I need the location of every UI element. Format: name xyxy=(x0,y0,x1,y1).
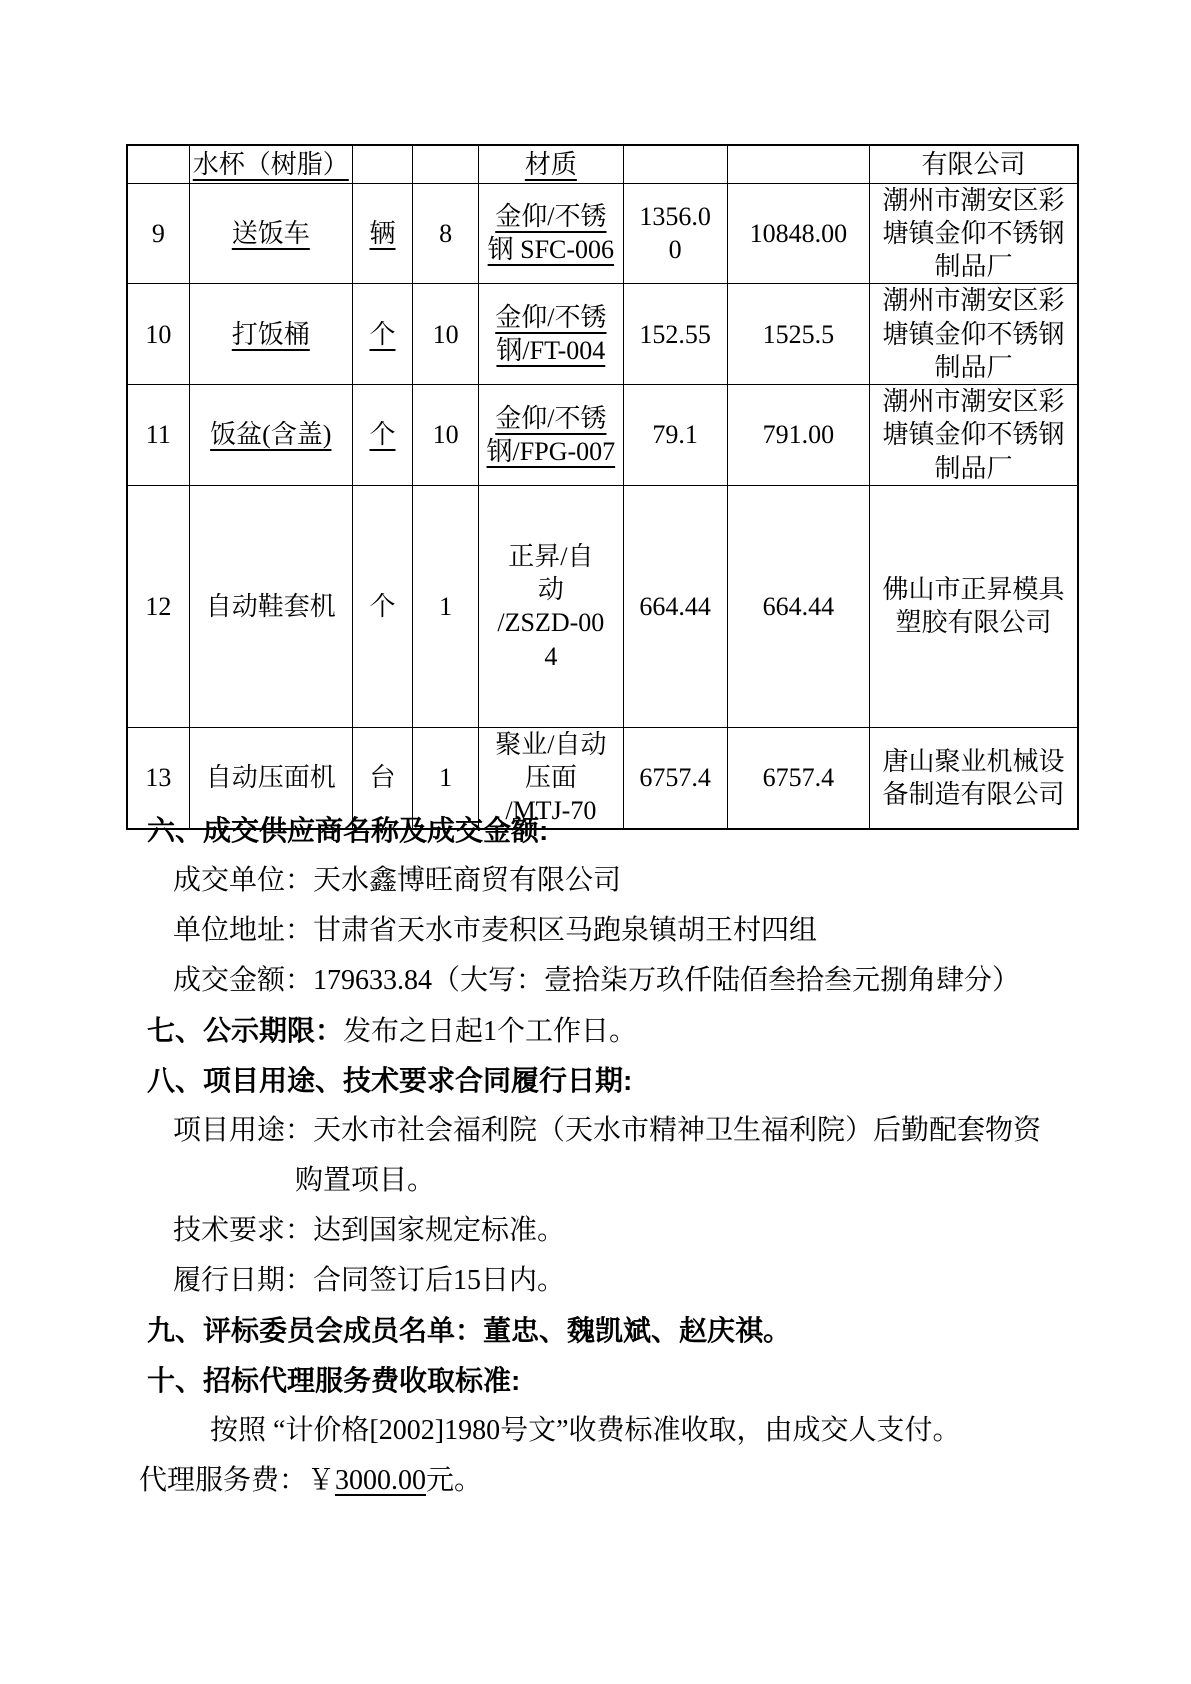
cell-unit: 辆 xyxy=(352,183,412,284)
cell-unit-price: 664.44 xyxy=(623,485,727,727)
cell-item-name: 送饭车 xyxy=(189,183,352,284)
section-7-heading: 七、公示期限： xyxy=(147,1015,343,1046)
agency-fee-line: 代理服务费：￥3000.00元。 xyxy=(123,1456,1143,1506)
agency-fee-suffix: 元。 xyxy=(426,1465,482,1496)
cell-unit-price: 79.1 xyxy=(623,385,727,486)
cell-total-price: 664.44 xyxy=(727,485,869,727)
cell-model: 正昇/自 动 /ZSZD-00 4 xyxy=(479,485,623,727)
deal-supplier-line: 成交单位：天水鑫博旺商贸有限公司 xyxy=(123,856,1143,906)
publicity-period-text: 发布之日起1个工作日。 xyxy=(343,1016,637,1047)
cell-seq: 9 xyxy=(127,183,189,284)
technical-requirement-line: 技术要求：达到国家规定标准。 xyxy=(123,1206,1143,1256)
section-6-heading: 六、成交供应商名称及成交金额: xyxy=(123,806,1143,856)
fee-basis-line: 按照 “计价格[2002]1980号文”收费标准收取，由成交人支付。 xyxy=(123,1406,1143,1456)
table-row-11: 11 饭盆(含盖) 个 10 金仰/不锈 钢/FPG-007 79.1 791.… xyxy=(127,385,1078,486)
cell-total-price: 1525.5 xyxy=(727,284,869,385)
section-10-heading: 十、招标代理服务费收取标准: xyxy=(123,1356,1143,1406)
cell-unit-price: 1356.0 0 xyxy=(623,183,727,284)
supplier-address-line: 单位地址：甘肃省天水市麦积区马跑泉镇胡王村四组 xyxy=(123,906,1143,956)
cell-item-name: 水杯（树脂） xyxy=(189,145,352,183)
section-7-line: 七、公示期限：发布之日起1个工作日。 xyxy=(123,1006,1143,1056)
cell-qty: 8 xyxy=(413,183,479,284)
cell-item-name: 饭盆(含盖) xyxy=(189,385,352,486)
deal-amount-line: 成交金额：179633.84（大写：壹拾柒万玖仟陆佰叁拾叁元捌角肆分） xyxy=(123,956,1143,1006)
cell-model: 金仰/不锈 钢 SFC-006 xyxy=(479,183,623,284)
cell-qty: 10 xyxy=(413,284,479,385)
cell-total-price xyxy=(727,145,869,183)
project-usage-line-2: 购置项目。 xyxy=(123,1156,1143,1206)
cell-seq: 11 xyxy=(127,385,189,486)
project-usage-line-1: 项目用途：天水市社会福利院（天水市精神卫生福利院）后勤配套物资 xyxy=(123,1106,1143,1156)
table-row-9: 9 送饭车 辆 8 金仰/不锈 钢 SFC-006 1356.0 0 10848… xyxy=(127,183,1078,284)
cell-unit xyxy=(352,145,412,183)
announcement-sections: 六、成交供应商名称及成交金额: 成交单位：天水鑫博旺商贸有限公司 单位地址：甘肃… xyxy=(123,806,1143,1506)
cell-seq: 12 xyxy=(127,485,189,727)
cell-model: 金仰/不锈 钢/FPG-007 xyxy=(479,385,623,486)
section-9-heading: 九、评标委员会成员名单：董忠、魏凯斌、赵庆祺。 xyxy=(123,1306,1143,1356)
cell-supplier: 潮州市潮安区彩 塘镇金仰不锈钢 制品厂 xyxy=(870,183,1078,284)
table-row-10: 10 打饭桶 个 10 金仰/不锈 钢/FT-004 152.55 1525.5… xyxy=(127,284,1078,385)
cell-item-name: 自动鞋套机 xyxy=(189,485,352,727)
section-8-heading: 八、项目用途、技术要求合同履行日期: xyxy=(123,1056,1143,1106)
items-table: 水杯（树脂） 材质 有限公司 9 送饭车 辆 8 金仰/不锈 钢 SFC-006… xyxy=(126,144,1079,830)
table-row-12: 12 自动鞋套机 个 1 正昇/自 动 /ZSZD-00 4 664.44 66… xyxy=(127,485,1078,727)
performance-date-line: 履行日期：合同签订后15日内。 xyxy=(123,1256,1143,1306)
document-page: 水杯（树脂） 材质 有限公司 9 送饭车 辆 8 金仰/不锈 钢 SFC-006… xyxy=(0,0,1191,1684)
cell-qty: 1 xyxy=(413,485,479,727)
cell-unit: 个 xyxy=(352,284,412,385)
cell-model: 金仰/不锈 钢/FT-004 xyxy=(479,284,623,385)
agency-fee-prefix: 代理服务费：￥ xyxy=(139,1465,335,1496)
table-row-header-carryover: 水杯（树脂） 材质 有限公司 xyxy=(127,145,1078,183)
cell-supplier: 潮州市潮安区彩 塘镇金仰不锈钢 制品厂 xyxy=(870,385,1078,486)
cell-seq: 10 xyxy=(127,284,189,385)
cell-unit-price xyxy=(623,145,727,183)
cell-total-price: 791.00 xyxy=(727,385,869,486)
cell-model: 材质 xyxy=(479,145,623,183)
cell-unit-price: 152.55 xyxy=(623,284,727,385)
cell-seq xyxy=(127,145,189,183)
cell-supplier: 佛山市正昇模具 塑胶有限公司 xyxy=(870,485,1078,727)
cell-supplier: 潮州市潮安区彩 塘镇金仰不锈钢 制品厂 xyxy=(870,284,1078,385)
cell-supplier: 有限公司 xyxy=(870,145,1078,183)
cell-qty: 10 xyxy=(413,385,479,486)
cell-unit: 个 xyxy=(352,385,412,486)
agency-fee-amount: 3000.00 xyxy=(335,1465,426,1496)
cell-unit: 个 xyxy=(352,485,412,727)
cell-qty xyxy=(413,145,479,183)
cell-item-name: 打饭桶 xyxy=(189,284,352,385)
cell-total-price: 10848.00 xyxy=(727,183,869,284)
